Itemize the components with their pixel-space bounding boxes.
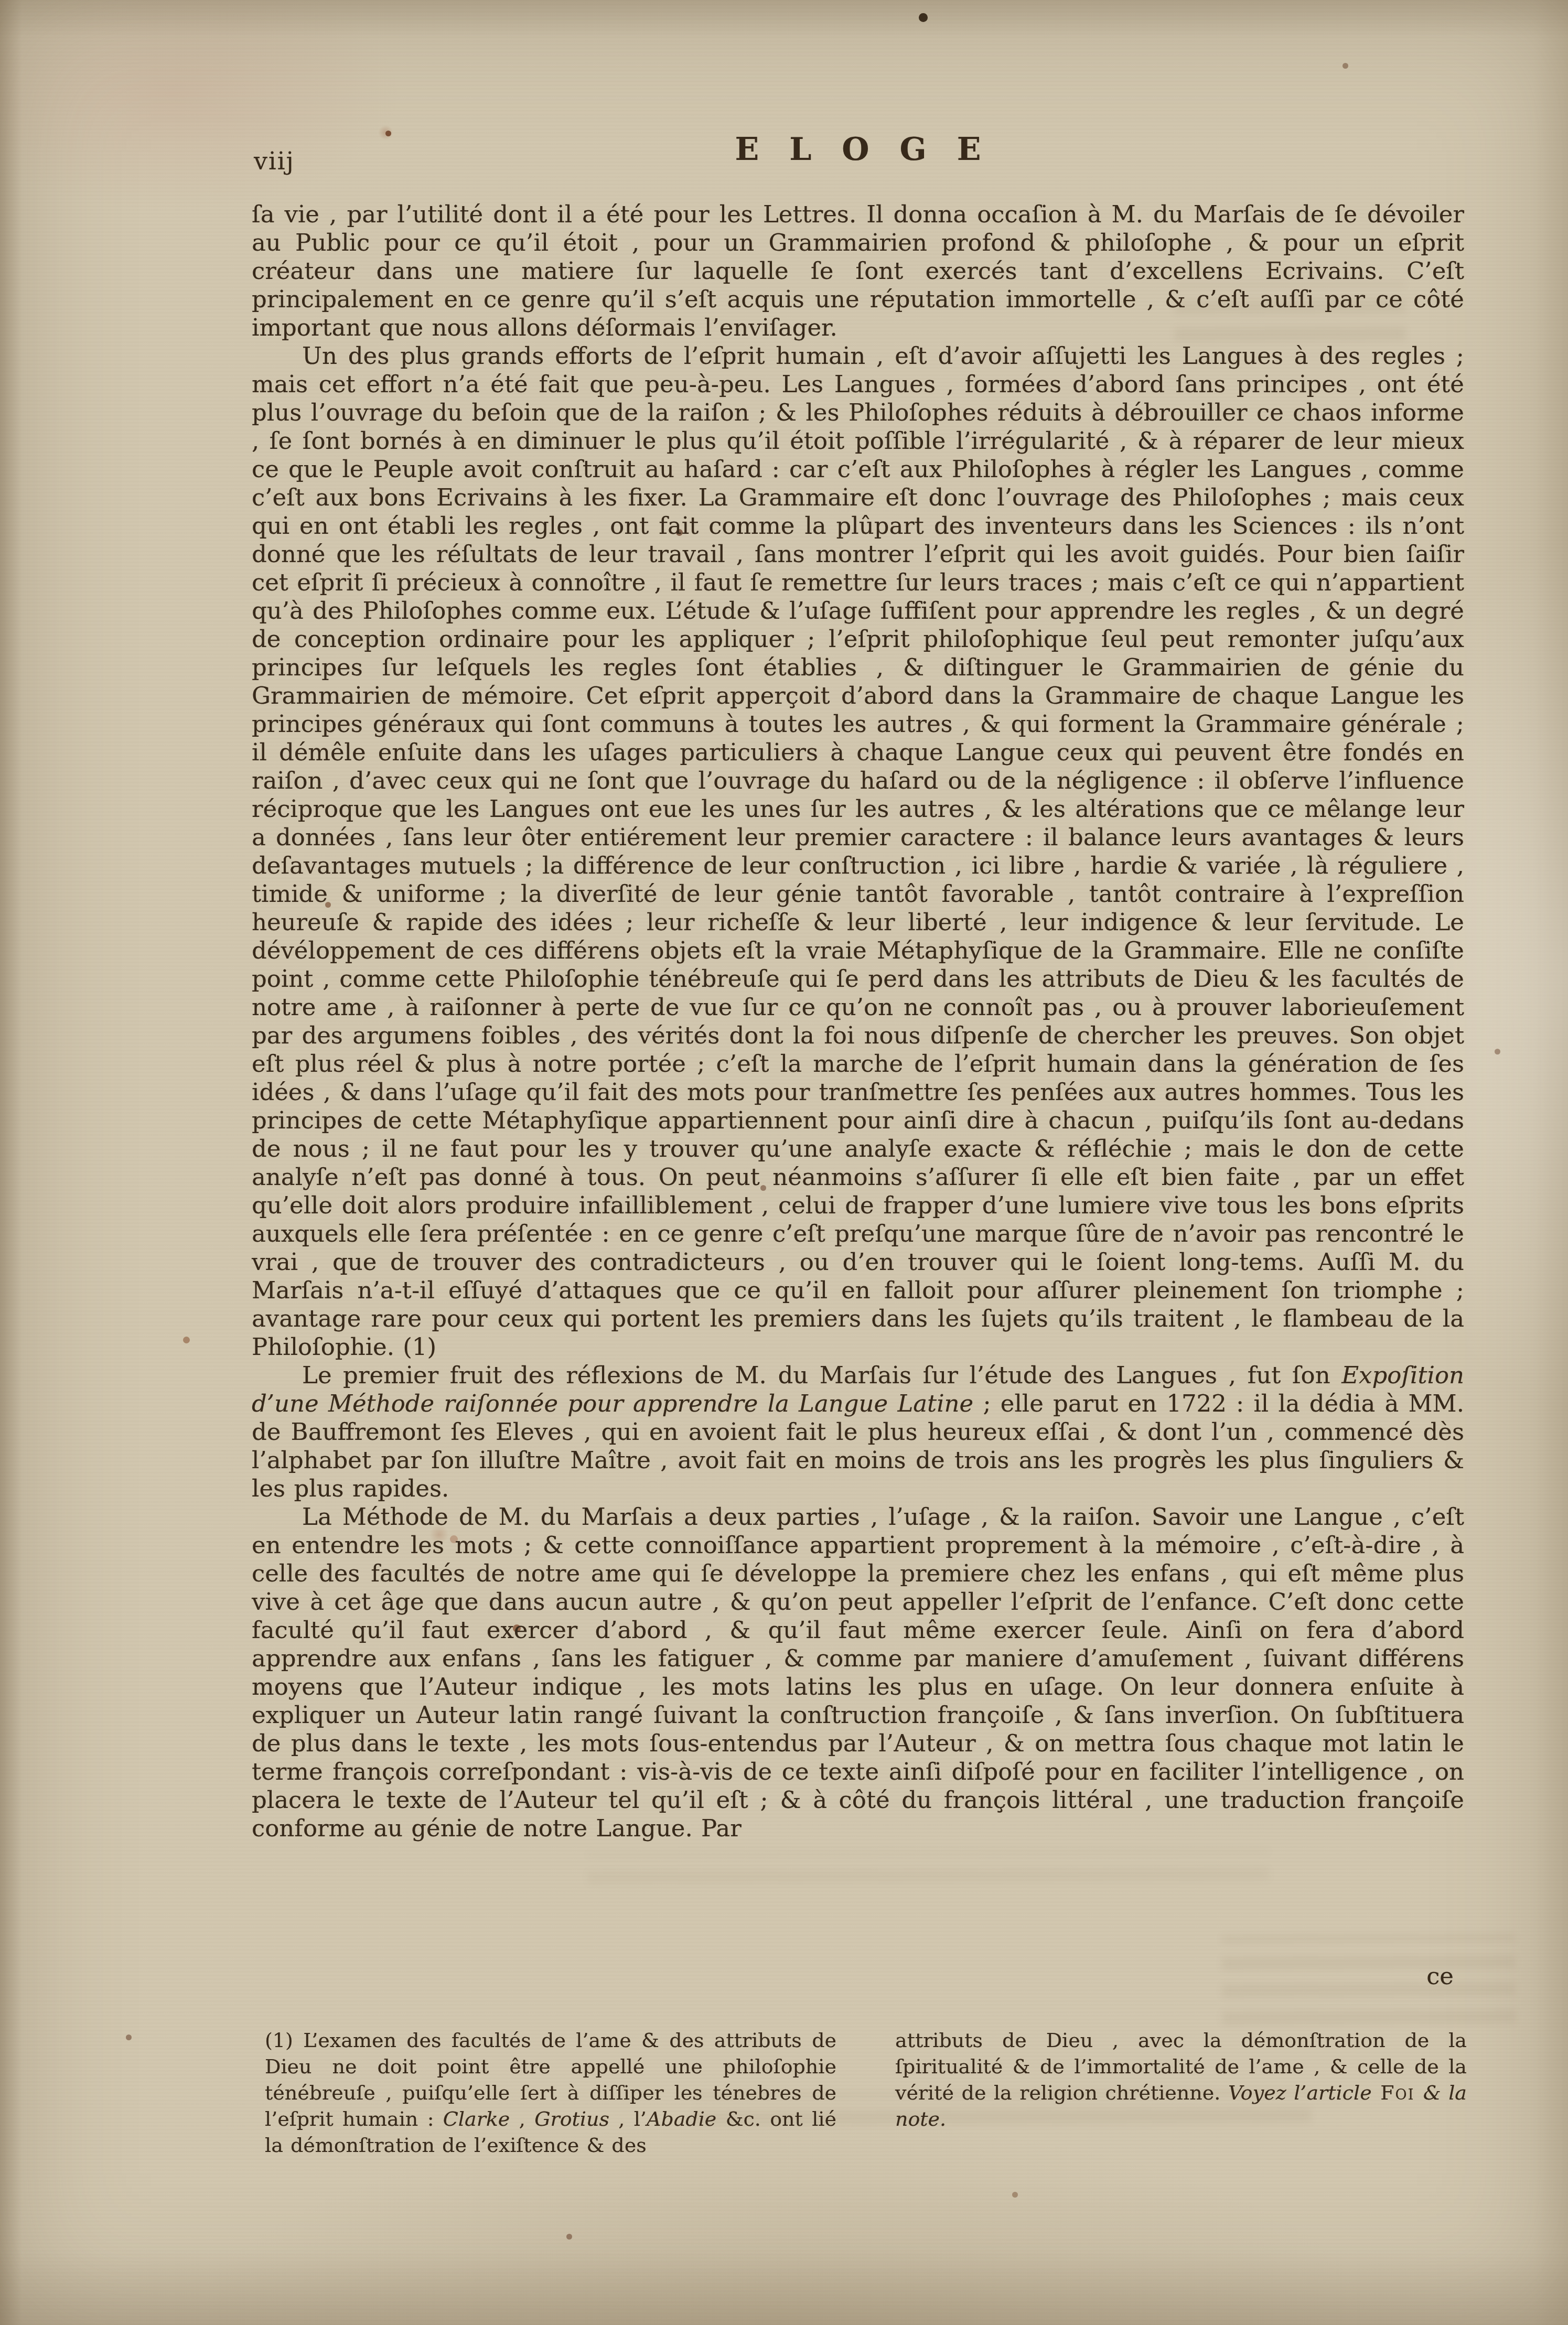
bleed-through-ghost-text [1222,1934,1516,2025]
paragraph: Un des plus grands efforts de l’eſprit h… [252,342,1464,1361]
paper-foxing-specks [0,0,4,4]
text-segment: La Méthode de M. du Marſais a deux parti… [252,1503,1464,1842]
footnote: (1) L’examen des facultés de l’ame & des… [265,2027,1467,2158]
text-segment: ſa vie , par l’utilité dont il a été pou… [252,200,1464,341]
page-number: viij [254,147,295,175]
text-segment: Le premier fruit des réflexions de M. du… [302,1361,1341,1389]
text-segment: , l’ [609,2107,647,2130]
text-segment: Un des plus grands efforts de l’eſprit h… [252,342,1464,1361]
text-segment: Abadie [647,2107,716,2130]
paragraph: La Méthode de M. du Marſais a deux parti… [252,1503,1464,1843]
paragraph: ſa vie , par l’utilité dont il a été pou… [252,200,1464,342]
text-segment: Foi [1372,2081,1423,2104]
text-segment: Voyez l’article [1228,2081,1372,2104]
text-segment: Grotius [534,2107,609,2130]
main-text-column: ſa vie , par l’utilité dont il a été pou… [252,200,1464,1843]
running-head: viij ELOGE [252,131,1464,168]
text-segment: , [510,2107,534,2130]
footnote-column-left: (1) L’examen des facultés de l’ame & des… [265,2027,836,2158]
catchword: ce [1426,1962,1454,1990]
footnote-column-right: attributs de Dieu , avec la démonſtratio… [895,2027,1467,2158]
running-title: ELOGE [252,131,1464,168]
book-page: viij ELOGE ſa vie , par l’utilité dont i… [0,0,1568,2325]
bleed-through-ghost-text [587,1849,1269,1885]
paragraph: Le premier fruit des réflexions de M. du… [252,1361,1464,1503]
text-segment: Clarke [443,2107,510,2130]
